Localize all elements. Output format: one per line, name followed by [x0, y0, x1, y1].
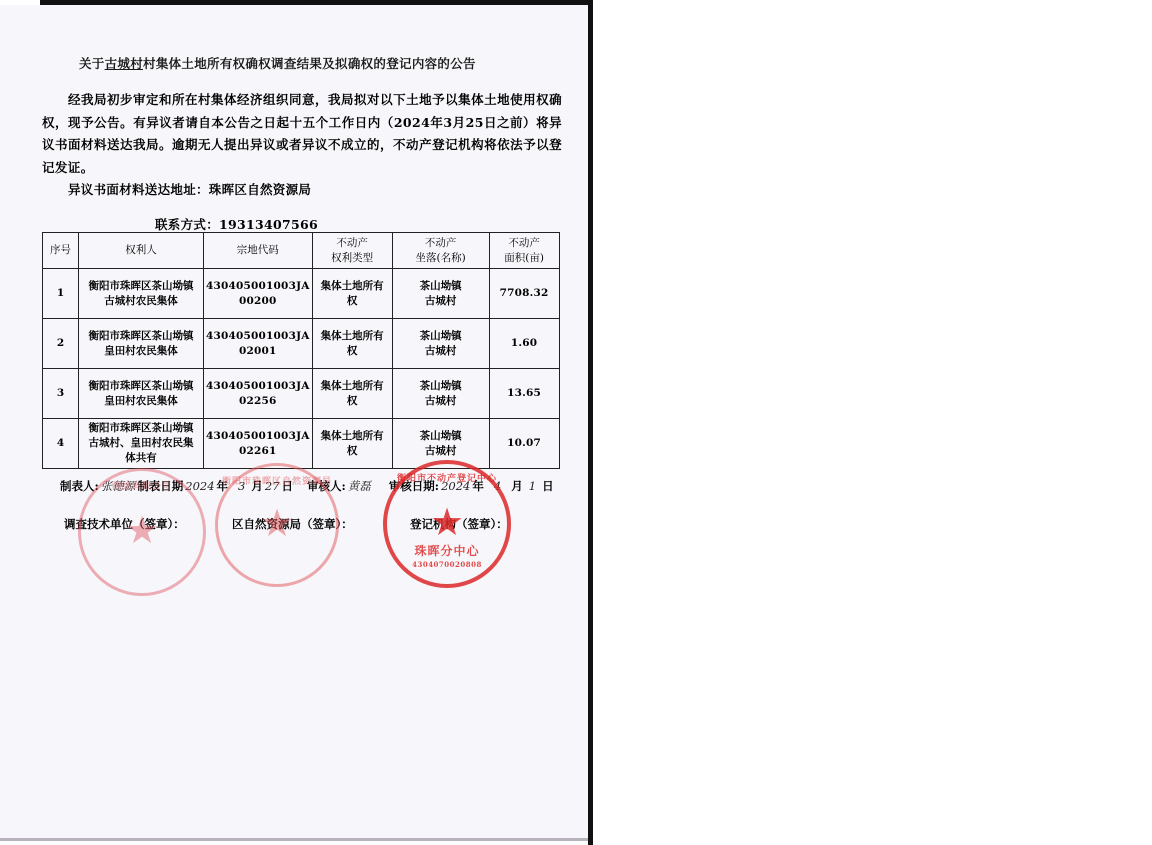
- table-row: 1衡阳市珠晖区茶山坳镇古城村农民集体430405001003JA00200集体土…: [43, 269, 560, 319]
- title-suffix: 村集体土地所有权确权调查结果及拟确权的登记内容的公告: [143, 56, 476, 71]
- cell-seq: 2: [43, 319, 79, 369]
- records-table: 序号 权利人 宗地代码 不动产权利类型 不动产坐落(名称) 不动产面积(亩) 1…: [42, 232, 560, 469]
- cell-parcel-code-line: 430405001003JA: [206, 280, 310, 292]
- cell-owner-line: 衡阳市珠晖区茶山坳镇: [89, 280, 194, 292]
- review-date-month: 4: [494, 479, 501, 493]
- cell-seq: 4: [43, 419, 79, 469]
- cell-owner: 衡阳市珠晖区茶山坳镇皇田村农民集体: [79, 369, 204, 419]
- cell-owner-line: 皇田村农民集体: [104, 395, 178, 407]
- cell-owner-line: 衡阳市珠晖区茶山坳镇: [89, 422, 194, 434]
- cell-right-type: 集体土地所有权: [312, 419, 392, 469]
- cell-right-type-line: 集体土地所有: [321, 380, 384, 392]
- reviewer-label: 审核人:: [307, 479, 346, 493]
- cell-right-type-line: 权: [347, 295, 358, 307]
- table-row: 2衡阳市珠晖区茶山坳镇皇田村农民集体430405001003JA02001集体土…: [43, 319, 560, 369]
- cell-owner: 衡阳市珠晖区茶山坳镇皇田村农民集体: [79, 319, 204, 369]
- header-area: 不动产面积(亩): [489, 233, 559, 269]
- title-prefix: 关于: [79, 56, 105, 71]
- cell-right-type: 集体土地所有权: [312, 369, 392, 419]
- cell-owner: 衡阳市珠晖区茶山坳镇古城村农民集体: [79, 269, 204, 319]
- cell-location-line: 茶山坳镇: [420, 430, 462, 442]
- header-right-type: 不动产权利类型: [312, 233, 392, 269]
- day-label: 日: [282, 479, 294, 493]
- cell-owner-line: 体共有: [125, 452, 157, 464]
- reviewer-signature: 黄磊: [348, 479, 371, 493]
- survey-unit-label: 调查技术单位（签章）：: [64, 516, 185, 532]
- cell-location: 茶山坳镇古城村: [392, 419, 489, 469]
- year-label: 年: [217, 479, 229, 493]
- month-label: 月: [251, 479, 263, 493]
- cell-location-line: 茶山坳镇: [420, 280, 462, 292]
- cell-location-line: 茶山坳镇: [420, 380, 462, 392]
- cell-seq-line: 2: [57, 337, 64, 349]
- cell-owner-line: 衡阳市珠晖区茶山坳镇: [89, 330, 194, 342]
- cell-right-type-line: 集体土地所有: [321, 330, 384, 342]
- table-row: 4衡阳市珠晖区茶山坳镇古城村、皇田村农民集体共有430405001003JA02…: [43, 419, 560, 469]
- prep-date-label: 制表日期: [137, 479, 183, 493]
- cell-location: 茶山坳镇古城村: [392, 319, 489, 369]
- cell-location-line: 古城村: [425, 295, 457, 307]
- preparer-signature: 张德源: [101, 479, 136, 493]
- cell-parcel-code: 430405001003JA02261: [204, 419, 313, 469]
- cell-location-line: 茶山坳镇: [420, 330, 462, 342]
- cell-right-type-line: 权: [347, 345, 358, 357]
- cell-seq: 1: [43, 269, 79, 319]
- scan-border-right: [588, 0, 593, 845]
- signature-line: 制表人:张德源制表日期2024年 3 月27日 审核人:黄磊 审核日期:2024…: [60, 478, 556, 494]
- body-paragraph: 经我局初步审定和所在村集体经济组织同意，我局拟对以下土地予以集体土地使用权确权，…: [42, 89, 562, 179]
- cell-owner-line: 皇田村农民集体: [104, 345, 178, 357]
- cell-parcel-code: 430405001003JA00200: [204, 269, 313, 319]
- cell-right-type-line: 集体土地所有: [321, 430, 384, 442]
- table-header-row: 序号 权利人 宗地代码 不动产权利类型 不动产坐落(名称) 不动产面积(亩): [43, 233, 560, 269]
- cell-seq-line: 1: [57, 287, 64, 299]
- review-date-label: 审核日期:: [389, 479, 439, 493]
- cell-parcel-code-line: 02001: [239, 345, 277, 357]
- cell-seq-line: 4: [57, 437, 64, 449]
- cell-seq: 3: [43, 369, 79, 419]
- cell-area: 1.60: [489, 319, 559, 369]
- cell-right-type-line: 权: [347, 445, 358, 457]
- cell-right-type-line: 集体土地所有: [321, 280, 384, 292]
- review-date-day: 1: [529, 479, 536, 493]
- review-date-year: 2024: [441, 479, 470, 493]
- title-village: 古城村: [105, 56, 143, 71]
- preparer-label: 制表人:: [60, 479, 99, 493]
- header-seq: 序号: [43, 233, 79, 269]
- cell-location-line: 古城村: [425, 345, 457, 357]
- cell-owner: 衡阳市珠晖区茶山坳镇古城村、皇田村农民集体共有: [79, 419, 204, 469]
- prep-date-month: 3: [238, 479, 245, 493]
- cell-location: 茶山坳镇古城村: [392, 369, 489, 419]
- cell-area-line: 10.07: [507, 437, 541, 449]
- cell-area: 10.07: [489, 419, 559, 469]
- cell-parcel-code: 430405001003JA02001: [204, 319, 313, 369]
- header-location: 不动产坐落(名称): [392, 233, 489, 269]
- cell-seq-line: 3: [57, 387, 64, 399]
- cell-parcel-code-line: 430405001003JA: [206, 330, 310, 342]
- cell-parcel-code-line: 00200: [239, 295, 277, 307]
- cell-parcel-code-line: 02256: [239, 395, 277, 407]
- contact-line: 联系方式：19313407566: [155, 215, 318, 233]
- cell-right-type-line: 权: [347, 395, 358, 407]
- cell-owner-line: 衡阳市珠晖区茶山坳镇: [89, 380, 194, 392]
- cell-area-line: 1.60: [511, 337, 537, 349]
- table-row: 3衡阳市珠晖区茶山坳镇皇田村农民集体430405001003JA02256集体土…: [43, 369, 560, 419]
- cell-owner-line: 古城村农民集体: [104, 295, 178, 307]
- prep-date-day: 27: [265, 479, 280, 493]
- bureau-label: 区自然资源局（签章）：: [232, 516, 353, 532]
- cell-parcel-code-line: 430405001003JA: [206, 380, 310, 392]
- cell-parcel-code: 430405001003JA02256: [204, 369, 313, 419]
- scan-border-bottom: [0, 838, 588, 841]
- prep-date-year: 2024: [185, 479, 214, 493]
- day-label-2: 日: [542, 479, 554, 493]
- cell-area-line: 13.65: [507, 387, 541, 399]
- cell-parcel-code-line: 02261: [239, 445, 277, 457]
- cell-area: 7708.32: [489, 269, 559, 319]
- registry-label: 登记机构（签章）：: [410, 516, 508, 532]
- cell-parcel-code-line: 430405001003JA: [206, 430, 310, 442]
- cell-owner-line: 古城村、皇田村农民集: [89, 437, 194, 449]
- cell-area-line: 7708.32: [500, 287, 549, 299]
- cell-location-line: 古城村: [425, 395, 457, 407]
- cell-right-type: 集体土地所有权: [312, 319, 392, 369]
- month-label-2: 月: [511, 479, 523, 493]
- year-label-2: 年: [472, 479, 484, 493]
- header-parcel-code: 宗地代码: [204, 233, 313, 269]
- cell-area: 13.65: [489, 369, 559, 419]
- cell-right-type: 集体土地所有权: [312, 269, 392, 319]
- header-owner: 权利人: [79, 233, 204, 269]
- address-line: 异议书面材料送达地址：珠晖区自然资源局: [68, 180, 311, 198]
- cell-location: 茶山坳镇古城村: [392, 269, 489, 319]
- cell-location-line: 古城村: [425, 445, 457, 457]
- document-title: 关于古城村村集体土地所有权确权调查结果及拟确权的登记内容的公告: [79, 54, 476, 72]
